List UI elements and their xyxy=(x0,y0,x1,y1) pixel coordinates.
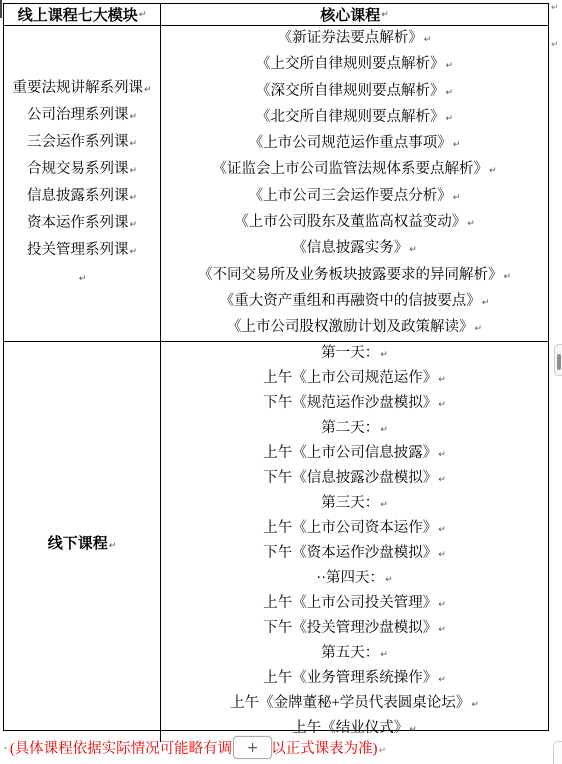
paragraph-mark-icon: ↵ xyxy=(438,675,446,685)
panel-corner-fragment xyxy=(553,741,562,764)
paragraph-mark-icon: ↵ xyxy=(139,10,147,20)
paragraph-mark-icon: ↵ xyxy=(438,525,446,535)
text-line-content: 下午《信息披露沙盘模拟》 xyxy=(263,470,437,486)
paragraph-mark-icon: ↵ xyxy=(453,140,461,150)
text-line: 上午《业务管理系统操作》↵ xyxy=(161,667,548,692)
insert-plus-button[interactable]: + xyxy=(233,736,272,759)
header-cell-core-courses: 核心课程↵ xyxy=(161,4,548,25)
text-line-content: 《不同交易所及业务板块披露要求的异同解析》 xyxy=(198,267,503,283)
paragraph-mark-icon: ↵ xyxy=(438,625,446,635)
footnote-text-before: (具体课程依据实际情况可能略有调 xyxy=(10,741,232,757)
paragraph-mark-icon: ↵ xyxy=(503,272,511,282)
row-end-mark-icon: ↵ xyxy=(551,40,559,50)
paragraph-mark-icon: ↵ xyxy=(482,298,490,308)
text-line: 重要法规讲解系列课↵ xyxy=(4,76,160,103)
cell-module-list: 重要法规讲解系列课↵公司治理系列课↵三会运作系列课↵合规交易系列课↵信息披露系列… xyxy=(4,26,161,341)
paragraph-mark-icon: ↵ xyxy=(424,35,432,45)
text-line: 上午《上市公司投关管理》↵ xyxy=(161,592,548,617)
text-line: 第三天：↵ xyxy=(161,492,548,517)
footnote-text-after: 以正式课表为准) xyxy=(271,741,377,757)
paragraph-mark-icon: ↵ xyxy=(467,219,475,229)
paragraph-mark-icon: ↵ xyxy=(379,746,387,756)
paragraph-mark-icon: ↵ xyxy=(381,10,389,20)
paragraph-mark-icon: ↵ xyxy=(445,61,453,71)
paragraph-mark-icon: ↵ xyxy=(438,450,446,460)
course-table: 线上课程七大模块↵ 核心课程↵ 重要法规讲解系列课↵公司治理系列课↵三会运作系列… xyxy=(3,3,549,731)
paragraph-mark-icon: ↵ xyxy=(129,193,137,203)
text-line-content: 《上市公司三会运作要点分析》 xyxy=(249,188,452,204)
text-line: 三会运作系列课↵ xyxy=(4,130,160,157)
offline-schedule-list: 第一天：↵上午《上市公司规范运作》↵下午《规范运作沙盘模拟》↵第二天：↵上午《上… xyxy=(161,342,548,742)
text-line-content: 第三天： xyxy=(321,495,379,511)
text-line: 《信息披露实务》↵ xyxy=(161,236,548,262)
text-line-content: 上午《上市公司投关管理》 xyxy=(263,595,437,611)
text-line: 《上市公司规范运作重点事项》↵ xyxy=(161,131,548,157)
text-line: ··第四天：↵ xyxy=(161,567,548,592)
text-line-content: 上午《业务管理系统操作》 xyxy=(263,670,437,686)
paragraph-mark-icon: ↵ xyxy=(453,193,461,203)
text-line-content: 上午《上市公司规范运作》 xyxy=(263,370,437,386)
paragraph-mark-icon: ↵ xyxy=(438,400,446,410)
offline-course-label: 线下课程 xyxy=(48,536,108,552)
text-line: 资本运作系列课↵ xyxy=(4,211,160,238)
text-line-content: 下午《资本运作沙盘模拟》 xyxy=(263,545,437,561)
table-row-offline-courses: 线下课程↵ 第一天：↵上午《上市公司规范运作》↵下午《规范运作沙盘模拟》↵第二天… xyxy=(4,342,548,742)
text-line: 下午《信息披露沙盘模拟》↵ xyxy=(161,467,548,492)
text-line: ↵ xyxy=(4,265,160,292)
paragraph-mark-icon: ↵ xyxy=(445,114,453,124)
text-line: 合规交易系列课↵ xyxy=(4,157,160,184)
text-line: 上午《上市公司规范运作》↵ xyxy=(161,367,548,392)
table-row-online-courses: 重要法规讲解系列课↵公司治理系列课↵三会运作系列课↵合规交易系列课↵信息披露系列… xyxy=(4,26,548,342)
text-line-content: 信息披露系列课 xyxy=(27,188,129,204)
paragraph-mark-icon: ↵ xyxy=(129,166,137,176)
footnote: ·(具体课程依据实际情况可能略有调+以正式课表为准)↵ xyxy=(3,738,386,762)
text-line: 《重大资产重组和再融资中的信披要点》↵ xyxy=(161,289,548,315)
core-course-list: 《新证券法要点解析》↵《上交所自律规则要点解析》↵《深交所自律规则要点解析》↵《… xyxy=(161,26,548,341)
text-line-content: 上午《上市公司信息披露》 xyxy=(263,445,437,461)
scrollbar-fragment[interactable] xyxy=(554,344,562,376)
paragraph-mark-icon: ↵ xyxy=(380,425,388,435)
text-line: 第五天：↵ xyxy=(161,642,548,667)
text-line-content: 《上市公司规范运作重点事项》 xyxy=(249,135,452,151)
paragraph-mark-icon: ↵ xyxy=(109,541,117,551)
paragraph-mark-icon: ↵ xyxy=(129,139,137,149)
text-line: 《新证券法要点解析》↵ xyxy=(161,26,548,52)
text-line: 下午《投关管理沙盘模拟》↵ xyxy=(161,617,548,642)
paragraph-mark-icon: ↵ xyxy=(474,324,482,334)
cell-core-course-list: 《新证券法要点解析》↵《上交所自律规则要点解析》↵《深交所自律规则要点解析》↵《… xyxy=(161,26,548,341)
text-line-content: 《重大资产重组和再融资中的信披要点》 xyxy=(220,293,481,309)
text-line-content: 《上市公司股权激励计划及政策解读》 xyxy=(227,319,474,335)
text-line: 下午《规范运作沙盘模拟》↵ xyxy=(161,392,548,417)
paragraph-mark-icon: ↵ xyxy=(489,166,497,176)
cell-offline-schedule: 第一天：↵上午《上市公司规范运作》↵下午《规范运作沙盘模拟》↵第二天：↵上午《上… xyxy=(161,342,548,742)
paragraph-mark-icon: ↵ xyxy=(380,650,388,660)
paragraph-mark-icon: ↵ xyxy=(129,112,137,122)
text-line-content: 《证监会上市公司监管法规体系要点解析》 xyxy=(212,161,488,177)
text-line-content: 《信息披露实务》 xyxy=(292,240,408,256)
text-line-content: 《上市公司股东及董监高权益变动》 xyxy=(234,214,466,230)
text-line-content: 重要法规讲解系列课 xyxy=(12,80,143,96)
text-line-content: 《新证券法要点解析》 xyxy=(278,30,423,46)
text-line-content: 第五天： xyxy=(321,645,379,661)
text-line: 《北交所自律规则要点解析》↵ xyxy=(161,105,548,131)
text-line: 《不同交易所及业务板块披露要求的异同解析》↵ xyxy=(161,263,548,289)
text-line-content: 上午《金牌董秘+学员代表圆桌论坛》 xyxy=(230,695,470,711)
page-edge-tick xyxy=(0,0,2,18)
header-cell-modules: 线上课程七大模块↵ xyxy=(4,4,161,25)
text-line-content: 投关管理系列课 xyxy=(27,242,129,258)
text-line: 《证监会上市公司监管法规体系要点解析》↵ xyxy=(161,157,548,183)
paragraph-mark-icon: ↵ xyxy=(438,475,446,485)
offline-course-label-line: 线下课程↵ xyxy=(48,532,117,553)
paragraph-mark-icon: ↵ xyxy=(380,350,388,360)
paragraph-mark-icon: ↵ xyxy=(445,88,453,98)
text-line-content: 第二天： xyxy=(321,420,379,436)
text-line-content: 三会运作系列课 xyxy=(27,134,129,150)
text-line-content: 上午《上市公司资本运作》 xyxy=(263,520,437,536)
paragraph-mark-icon: ↵ xyxy=(129,247,137,257)
paragraph-mark-icon: ↵ xyxy=(79,274,87,284)
header-core-label: 核心课程 xyxy=(320,4,380,25)
module-list: 重要法规讲解系列课↵公司治理系列课↵三会运作系列课↵合规交易系列课↵信息披露系列… xyxy=(4,76,160,292)
text-line: 《上市公司三会运作要点分析》↵ xyxy=(161,184,548,210)
text-line-content: 上午《结业仪式》 xyxy=(292,720,408,736)
scrollbar-thumb[interactable] xyxy=(557,354,561,370)
paragraph-mark-icon: ↵ xyxy=(438,550,446,560)
text-line: 《深交所自律规则要点解析》↵ xyxy=(161,79,548,105)
text-line-content: 资本运作系列课 xyxy=(27,215,129,231)
text-line: 《上市公司股权激励计划及政策解读》↵ xyxy=(161,315,548,341)
text-line-content: 下午《规范运作沙盘模拟》 xyxy=(263,395,437,411)
space-mark-icon: · xyxy=(3,741,8,757)
text-line: 第二天：↵ xyxy=(161,417,548,442)
text-line: 上午《金牌董秘+学员代表圆桌论坛》↵ xyxy=(161,692,548,717)
text-line: 《上交所自律规则要点解析》↵ xyxy=(161,52,548,78)
paragraph-mark-icon: ↵ xyxy=(129,220,137,230)
paragraph-mark-icon: ↵ xyxy=(380,500,388,510)
row-end-mark-icon: ↵ xyxy=(551,3,559,13)
text-line: 公司治理系列课↵ xyxy=(4,103,160,130)
paragraph-mark-icon: ↵ xyxy=(438,375,446,385)
text-line-content: 《深交所自律规则要点解析》 xyxy=(256,83,445,99)
paragraph-mark-icon: ↵ xyxy=(409,725,417,735)
text-line: 上午《上市公司信息披露》↵ xyxy=(161,442,548,467)
text-line-content: 《北交所自律规则要点解析》 xyxy=(256,109,445,125)
text-line: 第一天：↵ xyxy=(161,342,548,367)
header-modules-label: 线上课程七大模块 xyxy=(18,4,138,25)
paragraph-mark-icon: ↵ xyxy=(409,245,417,255)
text-line: 投关管理系列课↵ xyxy=(4,238,160,265)
paragraph-mark-icon: ↵ xyxy=(438,600,446,610)
text-line-content: 下午《投关管理沙盘模拟》 xyxy=(263,620,437,636)
text-line: 《上市公司股东及董监高权益变动》↵ xyxy=(161,210,548,236)
cell-offline-label: 线下课程↵ xyxy=(4,342,161,742)
text-line: 信息披露系列课↵ xyxy=(4,184,160,211)
text-line-content: 公司治理系列课 xyxy=(27,107,129,123)
text-line-content: 第一天： xyxy=(321,345,379,361)
text-line-content: ··第四天： xyxy=(316,570,384,586)
text-line-content: 合规交易系列课 xyxy=(27,161,129,177)
text-line-content: 《上交所自律规则要点解析》 xyxy=(256,56,445,72)
text-line: 上午《上市公司资本运作》↵ xyxy=(161,517,548,542)
table-header-row: 线上课程七大模块↵ 核心课程↵ xyxy=(4,4,548,26)
paragraph-mark-icon: ↵ xyxy=(144,85,152,95)
paragraph-mark-icon: ↵ xyxy=(385,575,393,585)
text-line: 下午《资本运作沙盘模拟》↵ xyxy=(161,542,548,567)
paragraph-mark-icon: ↵ xyxy=(471,700,479,710)
